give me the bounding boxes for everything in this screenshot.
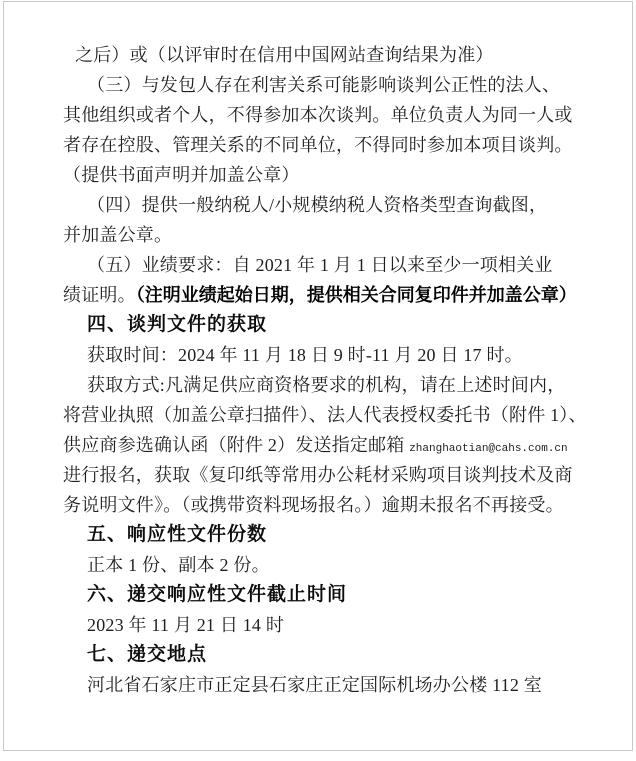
doc-line-12-obtain-method: 获取方式:凡满足供应商资格要求的机构，请在上述时间内， bbox=[63, 370, 583, 400]
doc-line-6-clause-4: （四）提供一般纳税人/小规模纳税人资格类型查询截图， bbox=[63, 190, 583, 220]
doc-line-14: 供应商参选确认函（附件 2）发送指定邮箱 zhanghaotian@cahs.c… bbox=[63, 430, 583, 460]
doc-line-8-clause-5: （五）业绩要求：自 2021 年 1 月 1 日以来至少一项相关业 bbox=[63, 250, 583, 280]
doc-line-22-address: 河北省石家庄市正定县石家庄正定国际机场办公楼 112 室 bbox=[63, 670, 583, 700]
doc-line-16: 务说明文件》。（或携带资料现场报名。）逾期未报名不再接受。 bbox=[63, 490, 583, 520]
heading-section-5: 五、响应性文件份数 bbox=[63, 520, 583, 550]
doc-line-1: 之后）或（以评审时在信用中国网站查询结果为准） bbox=[63, 40, 583, 70]
document-page: 之后）或（以评审时在信用中国网站查询结果为准） （三）与发包人存在利害关系可能影… bbox=[3, 1, 633, 751]
doc-line-20-deadline: 2023 年 11 月 21 日 14 时 bbox=[63, 610, 583, 640]
heading-section-4: 四、谈判文件的获取 bbox=[63, 310, 583, 340]
doc-line-9-bold-note: （注明业绩起始日期，提供相关合同复印件并加盖公章） bbox=[136, 285, 577, 305]
doc-line-18-copies: 正本 1 份、副本 2 份。 bbox=[63, 550, 583, 580]
doc-line-3: 其他组织或者个人，不得参加本次谈判。单位负责人为同一人或 bbox=[63, 100, 583, 130]
heading-section-7: 七、递交地点 bbox=[63, 640, 583, 670]
email-address: zhanghaotian@cahs.com.cn bbox=[409, 443, 567, 455]
doc-line-13: 将营业执照（加盖公章扫描件）、法人代表授权委托书（附件 1）、 bbox=[63, 400, 583, 430]
doc-line-15: 进行报名，获取《复印纸等常用办公耗材采购项目谈判技术及商 bbox=[63, 460, 583, 490]
doc-line-9: 绩证明。（注明业绩起始日期，提供相关合同复印件并加盖公章） bbox=[63, 280, 583, 310]
text-block: 之后）或（以评审时在信用中国网站查询结果为准） （三）与发包人存在利害关系可能影… bbox=[63, 40, 583, 700]
doc-line-9-regular: 绩证明。 bbox=[63, 285, 136, 305]
doc-line-7: 并加盖公章。 bbox=[63, 220, 583, 250]
doc-line-11-obtain-time: 获取时间：2024 年 11 月 18 日 9 时-11 月 20 日 17 时… bbox=[63, 340, 583, 370]
doc-line-4: 者存在控股、管理关系的不同单位，不得同时参加本项目谈判。 bbox=[63, 130, 583, 160]
doc-line-14-regular: 供应商参选确认函（附件 2）发送指定邮箱 bbox=[63, 435, 409, 455]
doc-line-2-clause-3: （三）与发包人存在利害关系可能影响谈判公正性的法人、 bbox=[63, 70, 583, 100]
heading-section-6: 六、递交响应性文件截止时间 bbox=[63, 580, 583, 610]
doc-line-5: （提供书面声明并加盖公章） bbox=[63, 160, 583, 190]
